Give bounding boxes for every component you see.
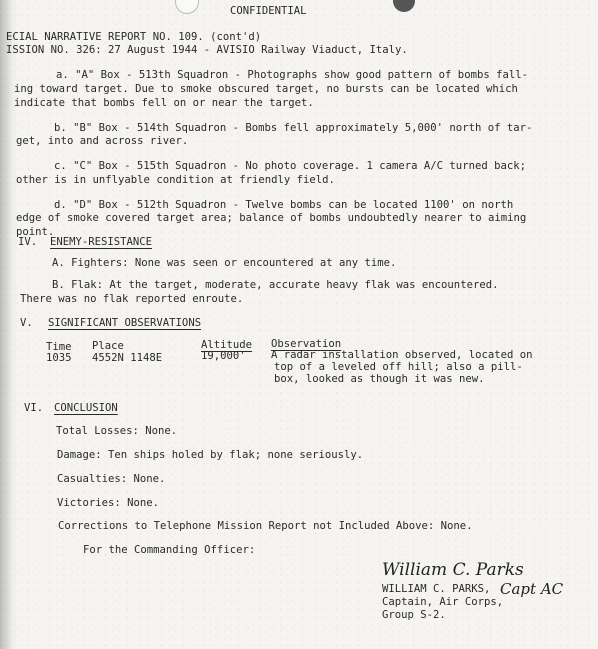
section-numeral: IV. <box>18 236 37 248</box>
cell-time: 1035 <box>46 352 72 364</box>
para-b-line2: get, into and across river. <box>16 135 188 147</box>
fighters-line: A. Fighters: None was seen or encountere… <box>52 257 396 269</box>
signatory-name: WILLIAM C. PARKS, <box>382 583 490 595</box>
para-d-line2: edge of smoke covered target area; balan… <box>16 212 526 224</box>
section-title: CONCLUSION <box>54 402 118 414</box>
document-page: CONFIDENTIAL ECIAL NARRATIVE REPORT NO. … <box>0 0 598 649</box>
damage-line: Damage: Ten ships holed by flak; none se… <box>57 449 363 461</box>
flak-line1: B. Flak: At the target, moderate, accura… <box>52 279 498 291</box>
cell-observation-line3: box, looked as though it was new. <box>274 373 484 385</box>
punch-hole-right <box>393 0 415 12</box>
para-a-line2: ing toward target. Due to smoke obscured… <box>14 83 518 95</box>
classification-header: CONFIDENTIAL <box>230 5 307 17</box>
section-numeral: V. <box>20 317 33 329</box>
para-c-line2: other is in unflyable condition at frien… <box>16 174 335 186</box>
handwritten-signature: William C. Parks <box>382 560 524 580</box>
signatory-unit: Group S-2. <box>382 609 446 621</box>
for-commanding-officer: For the Commanding Officer: <box>83 544 255 556</box>
para-d-line1: d. "D" Box - 512th Squadron - Twelve bom… <box>54 199 513 211</box>
handwritten-rank: Capt AC <box>500 580 563 598</box>
cell-place: 4552N 1148E <box>92 352 162 364</box>
casualties-line: Casualties: None. <box>57 473 165 485</box>
cell-observation-line2: top of a leveled off hill; also a pill- <box>274 361 523 373</box>
section-numeral: VI. <box>24 402 43 414</box>
section-title: ENEMY-RESISTANCE <box>50 236 152 248</box>
signatory-rank: Captain, Air Corps, <box>382 596 503 608</box>
cell-observation-line1: A radar installation observed, located o… <box>271 349 533 361</box>
para-c-line1: c. "C" Box - 515th Squadron - No photo c… <box>54 160 526 172</box>
col-header-place: Place <box>92 340 124 352</box>
victories-line: Victories: None. <box>57 497 159 509</box>
punch-hole-left <box>175 0 199 14</box>
cell-altitude: 19,000' <box>201 350 246 362</box>
flak-line2: There was no flak reported enroute. <box>20 293 243 305</box>
mission-line: ISSION NO. 326: 27 August 1944 - AVISIO … <box>6 44 408 56</box>
para-b-line1: b. "B" Box - 514th Squadron - Bombs fell… <box>54 122 532 134</box>
total-losses-line: Total Losses: None. <box>56 425 177 437</box>
report-line: ECIAL NARRATIVE REPORT NO. 109. (cont'd) <box>6 31 261 43</box>
para-a-line1: a. "A" Box - 513th Squadron - Photograph… <box>56 69 528 81</box>
corrections-line: Corrections to Telephone Mission Report … <box>58 520 473 532</box>
para-a-line3: indicate that bombs fell on or near the … <box>14 97 314 109</box>
section-title: SIGNIFICANT OBSERVATIONS <box>48 317 201 329</box>
